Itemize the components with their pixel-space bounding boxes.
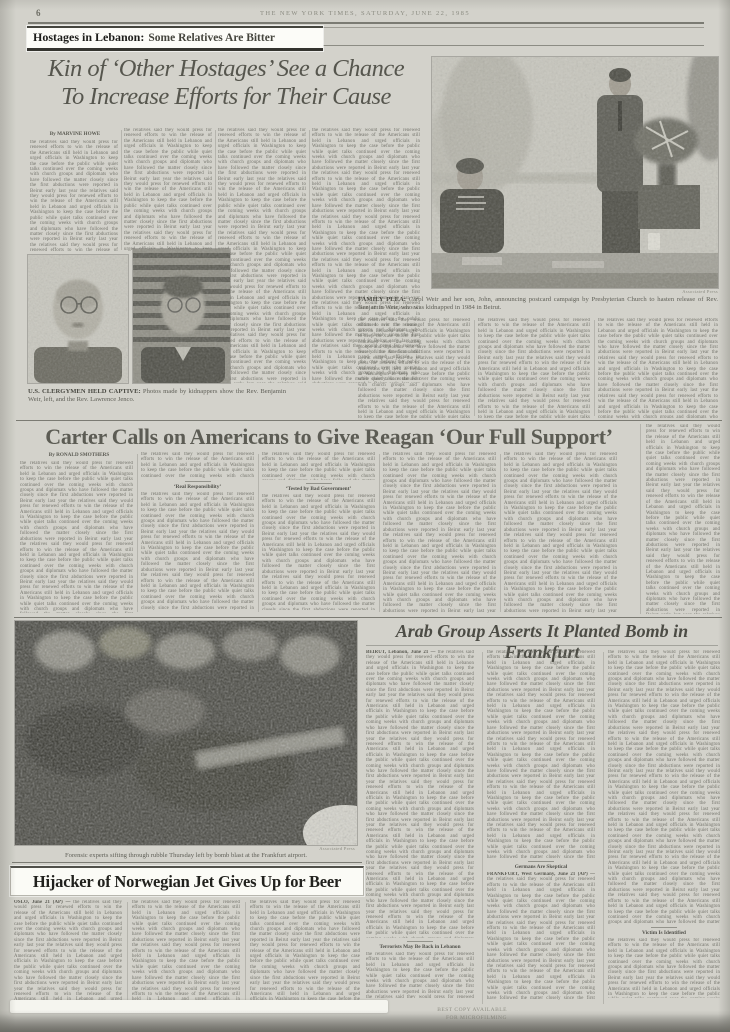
body-text-segment: the relatives said they would press for …: [366, 952, 474, 998]
hostage-portrait-photo-jenco: [133, 249, 230, 383]
body-text-column: the relatives said they would press for …: [262, 452, 375, 613]
headline-rule: [366, 645, 718, 646]
top-rule: [28, 22, 704, 24]
column-rule: [594, 320, 595, 416]
body-text-column: the relatives said they would press for …: [20, 461, 133, 613]
body-text-column: the relatives said they would press for …: [504, 452, 617, 613]
hostage-portrait-photo-weir: [28, 255, 128, 383]
body-text-column: the relatives said they would press for …: [250, 900, 360, 1002]
column-rule: [603, 652, 604, 1004]
body-text-column: the relatives said they would press for …: [30, 140, 118, 252]
column-rule: [258, 454, 259, 612]
body-text-segment: the relatives said they would press for …: [608, 650, 720, 924]
body-text-column: the relatives said they would press for …: [141, 452, 254, 613]
body-text-column: the relatives said they would press for …: [478, 318, 590, 418]
body-text-segment: the relatives said they would press for …: [141, 452, 254, 478]
body-text-segment: the relatives said they would press for …: [608, 938, 720, 998]
column-rule: [245, 902, 246, 1000]
top-headline-line1: Kin of ‘Other Hostages’ See a Chance: [28, 55, 424, 83]
column-rule: [127, 902, 128, 1000]
microfilm-note-line2: FOR MICROFILMING: [395, 1014, 507, 1022]
hijacker-headline: Hijacker of Norwegian Jet Gives Up for B…: [33, 872, 341, 892]
body-text-column: BEIRUT, Lebanon, June 21 — the relatives…: [366, 650, 474, 1006]
body-text-segment: the relatives said they would press for …: [141, 492, 254, 610]
kicker-lead: Hostages in Lebanon:: [33, 30, 144, 45]
top-byline: By MARVINE HOWE: [30, 131, 120, 137]
column-rule: [379, 454, 380, 612]
body-text-segment: the relatives said they would press for …: [487, 650, 595, 858]
top-headline-line2: To Increase Efforts for Their Cause: [28, 83, 424, 111]
press-conference-photo: [432, 57, 718, 288]
column-rule: [482, 652, 483, 1004]
frankfurt-subhead-germans: Germans Are Skeptical: [487, 858, 595, 872]
press-photo-caption: FAMILY PLEA: Carol Weir and her son, Joh…: [358, 296, 718, 312]
body-text-column: the relatives said they would press for …: [132, 900, 240, 1002]
body-text-segment: the relatives said they would press for …: [262, 494, 375, 610]
carter-subhead-1: ‘Real Responsibility’: [141, 478, 254, 492]
column-rule: [500, 454, 501, 612]
carter-subhead-2: ‘Tested by Bad Government’: [262, 480, 375, 494]
carter-byline: By RONALD SMOTHERS: [22, 452, 136, 458]
scan-highlight-strip: [10, 1000, 388, 1013]
portraits-caption-lead: U.S. CLERGYMEN HELD CAPTIVE:: [28, 388, 141, 395]
scan-bottom-shadow: [0, 1014, 730, 1032]
column-rule: [474, 320, 475, 416]
body-text-column: the relatives said they would press for …: [598, 318, 718, 418]
newspaper-page: 6 THE NEW YORK TIMES, SATURDAY, JUNE 22,…: [0, 0, 730, 1032]
body-text-column: the relatives said they would press for …: [358, 318, 470, 418]
body-text-column: the relatives said they would press for …: [608, 650, 720, 1006]
body-text-column: the relatives said they would press for …: [383, 452, 496, 613]
body-text-column: the relatives said they would press for …: [646, 424, 720, 614]
frankfurt-subhead-victim: Victim Is Identified: [608, 924, 720, 938]
press-photo-credit: Associated Press: [600, 289, 718, 294]
body-text-column: the relatives said they would press for …: [487, 650, 595, 1006]
press-photo-caption-text: Carol Weir and her son, John, announcing…: [358, 296, 718, 311]
press-photo-caption-lead: FAMILY PLEA:: [358, 296, 406, 303]
microfilm-note-line1: BEST COPY AVAILABLE: [395, 1006, 507, 1014]
section-rule: [16, 420, 722, 421]
portraits-caption: U.S. CLERGYMEN HELD CAPTIVE: Photos made…: [28, 388, 286, 404]
column-rule: [309, 130, 310, 380]
section-rule: [14, 617, 722, 618]
dateline: OSLO, June 21 (AP) —: [14, 900, 73, 905]
column-rule: [121, 130, 122, 250]
masthead: THE NEW YORK TIMES, SATURDAY, JUNE 22, 1…: [0, 10, 730, 17]
kicker-highlight-box: Hostages in Lebanon: Some Relatives Are …: [27, 26, 323, 51]
carter-headline: Carter Calls on Americans to Give Reagan…: [18, 424, 640, 450]
dateline: BEIRUT, Lebanon, June 21 —: [366, 650, 438, 655]
frankfurt-subhead-terrorists: Terrorists May Be Back in Lebanon: [366, 938, 474, 952]
microfilm-note: BEST COPY AVAILABLE FOR MICROFILMING: [395, 1006, 507, 1023]
body-text-column: the relatives said they would press for …: [218, 128, 306, 383]
hijacker-highlight-box: Hijacker of Norwegian Jet Gives Up for B…: [10, 866, 364, 896]
body-text-column: OSLO, June 21 (AP) — the relatives said …: [14, 900, 122, 1002]
hijacker-top-rule: [12, 862, 362, 863]
column-rule: [137, 454, 138, 612]
rubble-photo-caption: Forensic experts sifting through rubble …: [30, 852, 342, 859]
airport-rubble-photo: [15, 621, 357, 845]
body-text-segment: the relatives said they would press for …: [262, 452, 375, 480]
kicker-text: Some Relatives Are Bitter: [148, 32, 275, 44]
dateline: FRANKFURT, West Germany, June 21 (AP) —: [487, 872, 595, 877]
rubble-photo-credit: Associated Press: [250, 846, 355, 851]
body-text-segment: BEIRUT, Lebanon, June 21 — the relatives…: [366, 650, 474, 938]
column-rule: [640, 424, 641, 614]
top-headline: Kin of ‘Other Hostages’ See a Chance To …: [28, 55, 424, 111]
body-text-column: the relatives said they would press for …: [124, 128, 212, 252]
body-text-segment: FRANKFURT, West Germany, June 21 (AP) — …: [487, 872, 595, 1000]
